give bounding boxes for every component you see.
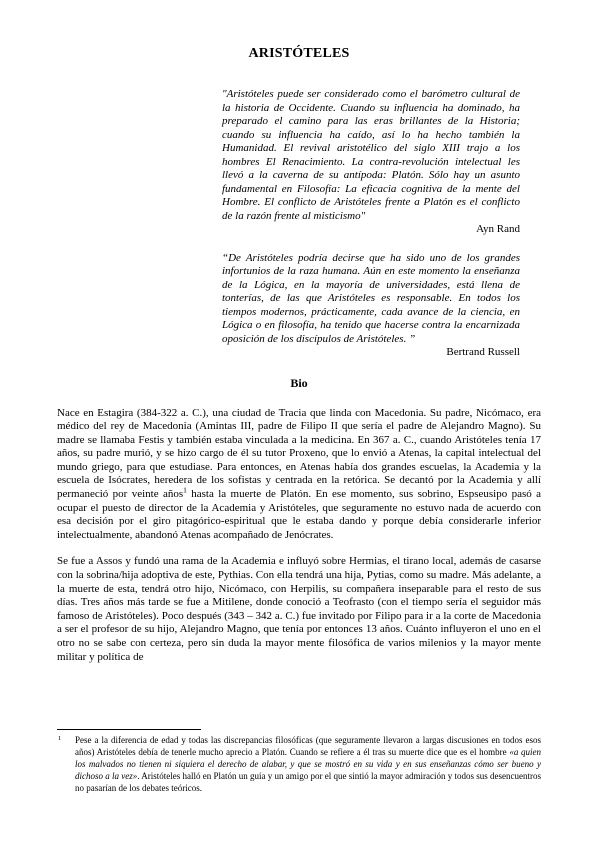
page-title: ARISTÓTELES <box>57 46 541 62</box>
bio-paragraph-1-text: Nace en Estagira (384-322 a. C.), una ci… <box>57 407 541 501</box>
quote-block-ayn-rand: "Aristóteles puede ser considerado como … <box>222 88 520 237</box>
quote-block-bertrand-russell: “De Aristóteles podría decirse que ha si… <box>222 252 520 360</box>
footnote-separator <box>57 729 201 730</box>
bio-paragraph-1: Nace en Estagira (384-322 a. C.), una ci… <box>57 407 541 543</box>
footnote-section: 1Pese a la diferencia de edad y todas la… <box>57 729 541 794</box>
bio-paragraph-2: Se fue a Assos y fundó una rama de la Ac… <box>57 555 541 664</box>
document-page: ARISTÓTELES "Aristóteles puede ser consi… <box>0 0 599 848</box>
quote-text-ayn-rand: "Aristóteles puede ser considerado como … <box>222 88 520 223</box>
section-heading-bio: Bio <box>57 376 541 390</box>
footnote-text: Pese a la diferencia de edad y todas las… <box>75 735 541 757</box>
quote-text-bertrand-russell: “De Aristóteles podría decirse que ha si… <box>222 252 520 347</box>
footnote-text-end: . Aristóteles halló en Platón un guía y … <box>75 771 541 793</box>
quote-author-bertrand-russell: Bertrand Russell <box>222 346 520 360</box>
footnote-marker: 1 <box>58 733 61 745</box>
quote-author-ayn-rand: Ayn Rand <box>222 223 520 237</box>
footnote-body: 1Pese a la diferencia de edad y todas la… <box>57 734 541 794</box>
